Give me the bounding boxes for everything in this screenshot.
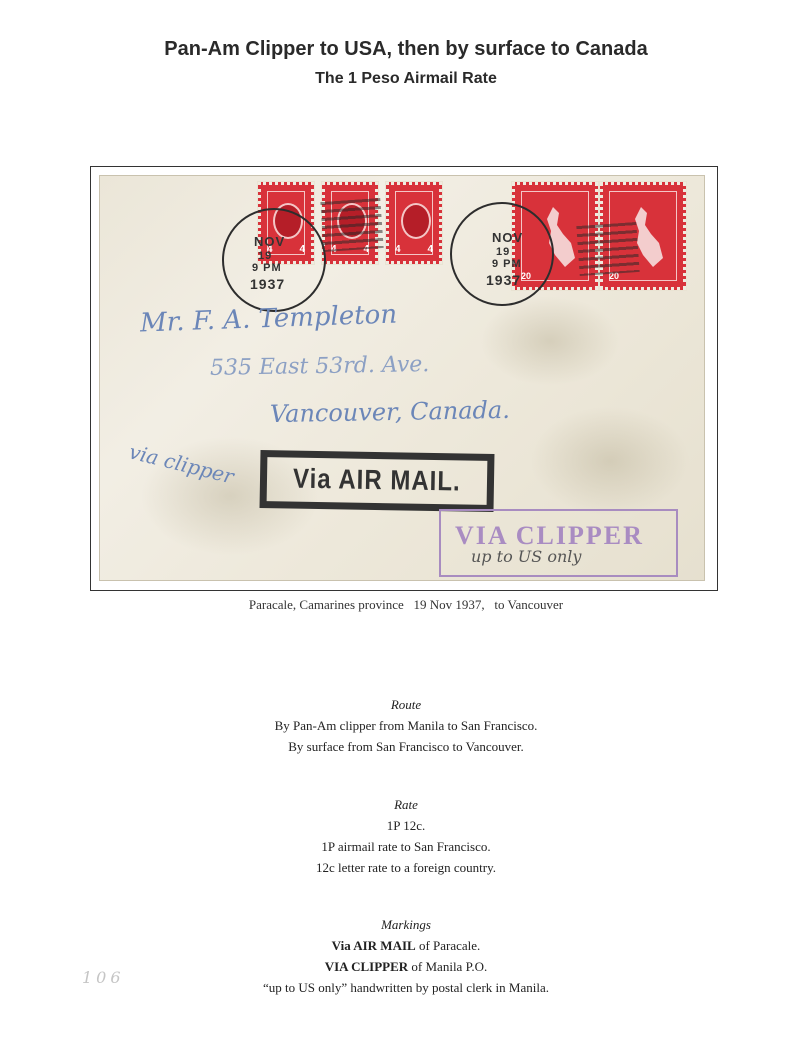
postmark-killer-bars — [320, 198, 383, 252]
envelope-image: 4 4 4 4 4 4 20 20 NOV 19 9 PM 1937 — [99, 175, 705, 581]
route-section: Route By Pan-Am clipper from Manila to S… — [0, 695, 812, 757]
stamp-4-centavos: 4 4 — [386, 182, 442, 264]
handwritten-up-to-us-only: up to US only — [471, 547, 581, 566]
portrait-icon — [401, 203, 431, 239]
postmark-paracale: NOV 19 9 PM 1937 — [450, 202, 554, 306]
postmark-paracale: NOV 19 9 PM 1937 — [222, 208, 326, 312]
route-heading: Route — [0, 695, 812, 715]
route-line: By surface from San Francisco to Vancouv… — [0, 736, 812, 757]
address-line-street: 535 East 53rd. Ave. — [210, 352, 430, 381]
cover-caption: Paracale, Camarines province 19 Nov 1937… — [0, 597, 812, 613]
via-air-mail-handstamp: Via AIR MAIL. — [260, 450, 495, 512]
markings-line: Via AIR MAIL of Paracale. — [0, 935, 812, 956]
rate-section: Rate 1P 12c. 1P airmail rate to San Fran… — [0, 795, 812, 878]
address-line-city: Vancouver, Canada. — [270, 396, 510, 428]
route-line: By Pan-Am clipper from Manila to San Fra… — [0, 715, 812, 736]
markings-heading: Markings — [0, 915, 812, 935]
envelope-stain — [530, 406, 690, 516]
rate-line: 1P airmail rate to San Francisco. — [0, 836, 812, 857]
cover-frame: 4 4 4 4 4 4 20 20 NOV 19 9 PM 1937 — [90, 166, 718, 591]
envelope-stain — [480, 296, 620, 386]
rate-heading: Rate — [0, 795, 812, 815]
via-clipper-handstamp: VIA CLIPPER up to US only — [439, 509, 678, 577]
page-subtitle: The 1 Peso Airmail Rate — [0, 70, 812, 88]
rate-line: 1P 12c. — [0, 815, 812, 836]
postmark-killer-bars — [576, 222, 639, 276]
rate-line: 12c letter rate to a foreign country. — [0, 857, 812, 878]
page-title: Pan-Am Clipper to USA, then by surface t… — [0, 38, 812, 61]
page-number: 106 — [82, 968, 125, 987]
address-line-name: Mr. F. A. Templeton — [140, 300, 398, 339]
